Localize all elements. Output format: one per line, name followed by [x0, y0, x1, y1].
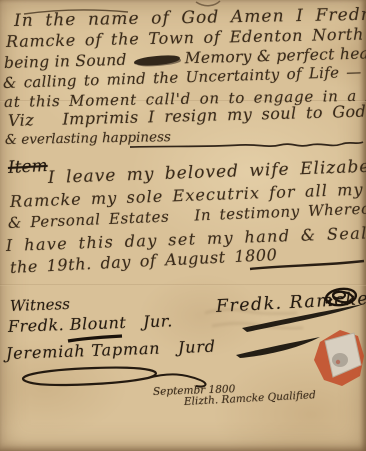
witness-signature-blount: Fredk. Blount Jur. — [8, 313, 173, 335]
paper-fold-crease-lower — [0, 284, 366, 286]
seal-red-dot — [336, 360, 340, 364]
seal-smudge — [332, 353, 348, 367]
scribbled-out-word — [133, 54, 180, 67]
testator-signature: Fredk. Ramcke — [216, 291, 366, 317]
seal-paper-wafer — [325, 333, 361, 377]
loop-flourish — [23, 368, 205, 387]
wax-seal-red-ring — [314, 330, 364, 386]
top-edge-stroke — [196, 1, 220, 6]
will-document-page: In the name of God Amen I Fredrick Ramck… — [0, 0, 366, 451]
item-heading: Item — [8, 158, 49, 177]
will-line-3-start: being in Sound — [4, 51, 127, 72]
witness-label: Witness — [10, 297, 70, 314]
signature-flourish-stroke-lower — [236, 337, 320, 358]
wax-seal — [314, 330, 364, 386]
will-line-7: & everlasting happiness — [5, 131, 171, 147]
witness-signature-tapman: Jeremiah Tapman Jurd — [6, 339, 216, 362]
